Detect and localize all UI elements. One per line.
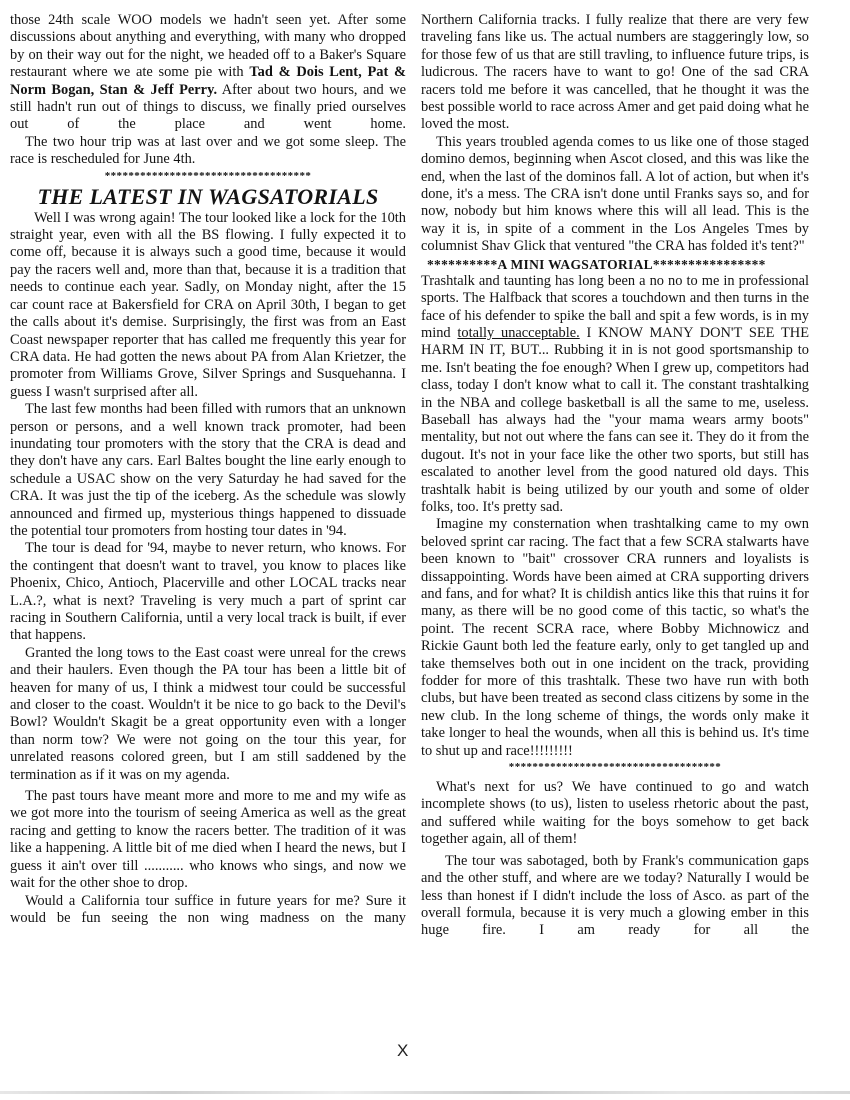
section-divider: *********************************** xyxy=(10,169,406,184)
paragraph: Trashtalk and taunting has long been a n… xyxy=(421,273,809,517)
mini-section-heading: **********A MINI WAGSATORIAL************… xyxy=(421,256,809,273)
paragraph: What's next for us? We have continued to… xyxy=(421,779,809,849)
paragraph: The tour was sabotaged, both by Frank's … xyxy=(421,853,809,940)
paragraph: Would a California tour suffice in futur… xyxy=(10,893,406,928)
paragraph: This years troubled agenda comes to us l… xyxy=(421,134,809,256)
left-column: those 24th scale WOO models we hadn't se… xyxy=(10,12,406,927)
scan-edge-line xyxy=(0,1091,850,1094)
page-number-marker: X xyxy=(397,1041,408,1061)
paragraph-continued: Northern California tracks. I fully real… xyxy=(421,12,809,134)
paragraph: Granted the long tows to the East coast … xyxy=(10,645,406,784)
paragraph: The last few months had been filled with… xyxy=(10,401,406,540)
paragraph: The past tours have meant more and more … xyxy=(10,788,406,892)
section-divider: ************************************ xyxy=(421,760,809,775)
newsletter-page: those 24th scale WOO models we hadn't se… xyxy=(0,0,850,1100)
right-column: Northern California tracks. I fully real… xyxy=(421,12,809,940)
underlined-text: totally unacceptable. xyxy=(457,325,579,341)
paragraph-continued: those 24th scale WOO models we hadn't se… xyxy=(10,12,406,134)
paragraph: The tour is dead for '94, maybe to never… xyxy=(10,540,406,644)
section-heading: THE LATEST IN WAGSATORIALS xyxy=(10,184,406,210)
paragraph-text: I KNOW MANY DON'T SEE THE HARM IN IT, BU… xyxy=(421,325,809,515)
paragraph: The two hour trip was at last over and w… xyxy=(10,134,406,169)
paragraph: Well I was wrong again! The tour looked … xyxy=(10,210,406,401)
paragraph: Imagine my consternation when trashtalki… xyxy=(421,516,809,760)
